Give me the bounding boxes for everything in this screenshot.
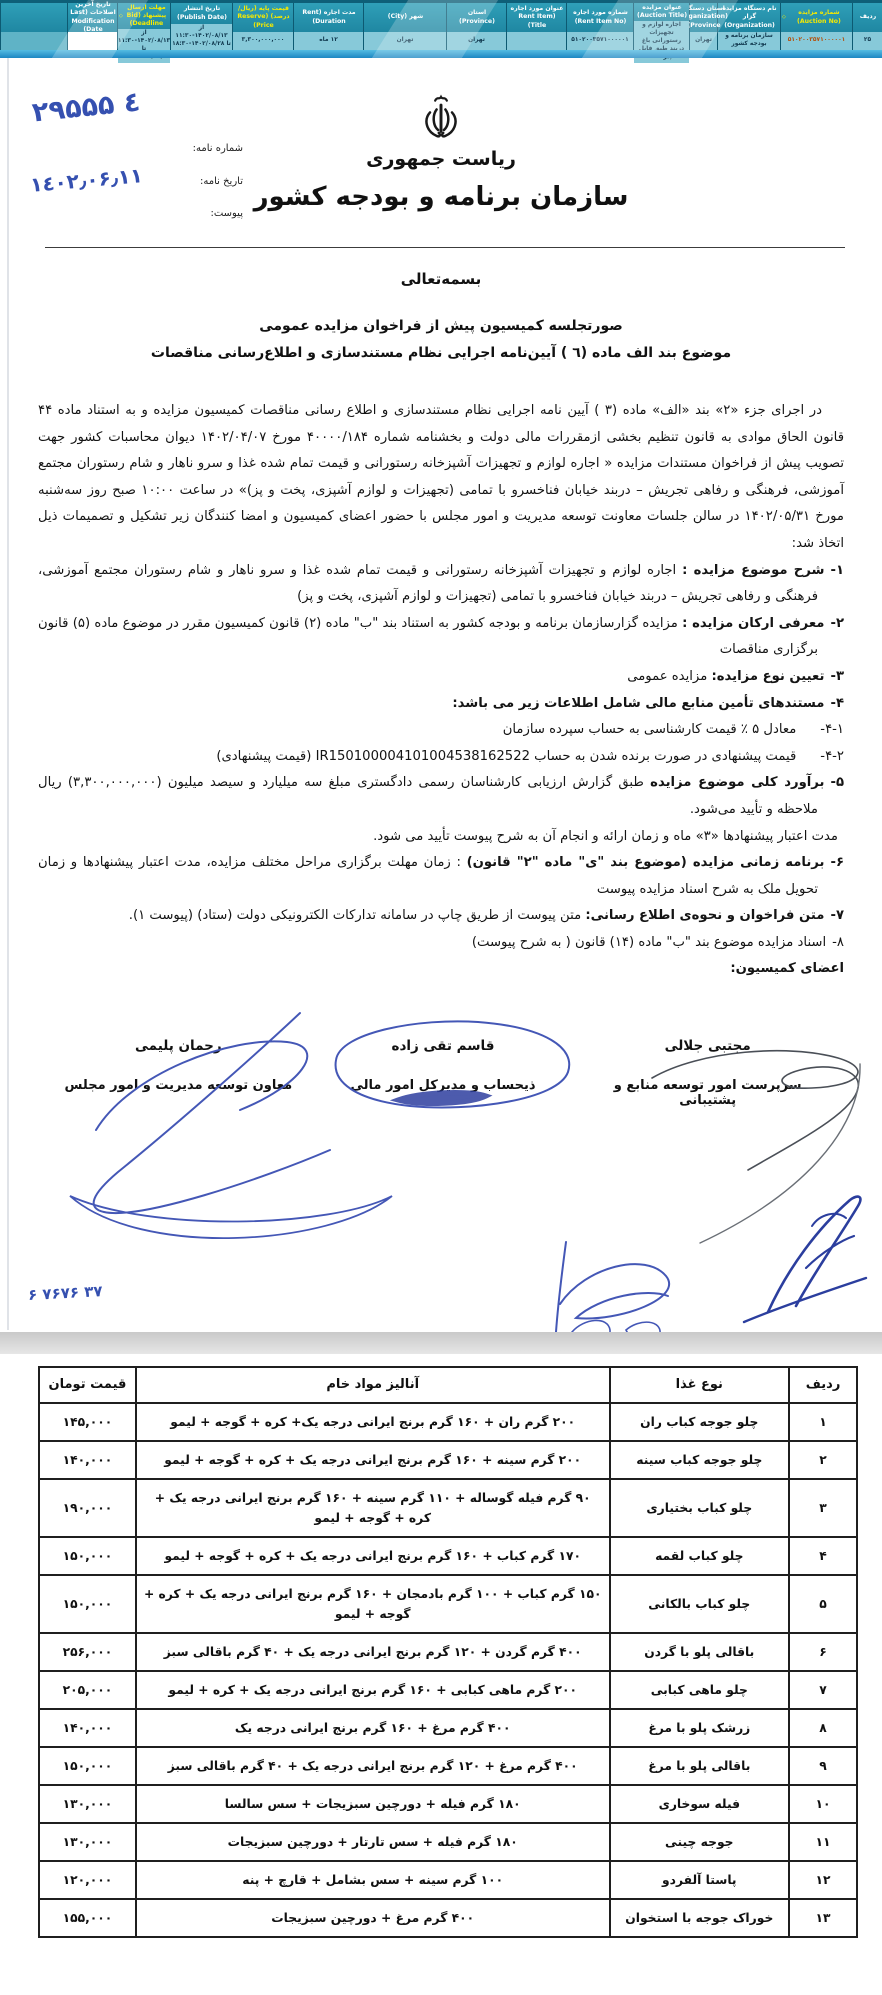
- column-header-label: تاریخ انتشار (Publish Date): [173, 5, 231, 21]
- signer-title: معاون توسعه مدیریت و امور مجلس: [46, 1078, 311, 1093]
- item-text: قیمت پیشنهادی در صورت برنده شدن به حساب …: [216, 749, 796, 764]
- cell-price: ۱۵۰,۰۰۰: [39, 1575, 136, 1633]
- signer-title: ذیحساب و مدیرکل امور مالی: [311, 1078, 576, 1093]
- cell-price: ۲۰۵,۰۰۰: [39, 1671, 136, 1709]
- listing-column: ردیف ۲۵: [852, 3, 882, 50]
- cell-food-type: پاستا آلفردو: [610, 1861, 790, 1899]
- listing-column: عنوان مزایده (Auction Title) اجاره لوازم…: [633, 3, 689, 50]
- listing-column: [0, 3, 67, 50]
- column-header-label: نام دستگاه مزایده گزار (Organization): [720, 5, 779, 29]
- item-lead: برنامه زمانی مزایده (موضوع بند "ی" ماده …: [467, 855, 825, 870]
- column-value: [1, 32, 67, 50]
- letterhead-org: سازمان برنامه و بودجه کشور: [0, 182, 882, 212]
- column-header: استان (Province): [447, 3, 506, 32]
- cell-food-type: چلو کباب بالکانی: [610, 1575, 790, 1633]
- column-value: ۳,۳۰۰,۰۰۰,۰۰۰: [233, 32, 293, 50]
- listing-column: تاریخ انتشار (Publish Date) از ۱۴۰۲/۰۸/۱…: [170, 3, 232, 50]
- column-header-label: شماره مزایده (Auction No): [787, 9, 851, 25]
- cell-price: ۱۲۰,۰۰۰: [39, 1861, 136, 1899]
- signer-name: قاسم تقی زاده: [311, 1038, 576, 1054]
- header-divider: [45, 247, 845, 248]
- table-row: ۱۱ جوجه چینی ۱۸۰ گرم فیله + سس تارتار + …: [39, 1823, 857, 1861]
- cell-analysis: ۲۰۰ گرم سینه + ۱۶۰ گرم برنج ایرانی درجه …: [136, 1441, 610, 1479]
- listing-column: شماره مورد اجاره (Rent Item No) ۵۱۰۲۰۰۳۵…: [566, 3, 633, 50]
- cell-food-type: چلو جوجه کباب سینه: [610, 1441, 790, 1479]
- item-text: معادل ۵ ٪ قیمت کارشناسی به حساب سپرده سا…: [503, 722, 797, 737]
- column-header: عنوان مورد اجاره (Rent Item Title): [507, 3, 566, 32]
- strip-bottom-bar: [0, 50, 882, 58]
- cell-row-no: ۱۰: [789, 1785, 857, 1823]
- listing-column: شهر (City) تهران: [363, 3, 446, 50]
- column-header: عنوان مزایده (Auction Title): [634, 3, 689, 21]
- column-header-label: شماره مورد اجاره (Rent Item No): [569, 9, 632, 25]
- signer-name: مجتبی جلالی: [575, 1038, 840, 1054]
- scanned-document-page: ردیف ۲۵ شماره مزایده (Auction No)◇ ۵۱۰۲۰…: [0, 0, 882, 1995]
- cell-price: ۱۵۰,۰۰۰: [39, 1537, 136, 1575]
- cell-analysis: ۱۰۰ گرم سینه + سس بشامل + قارچ + پنه: [136, 1861, 610, 1899]
- cell-row-no: ۵: [789, 1575, 857, 1633]
- cell-analysis: ۴۰۰ گرم گردن + ۱۲۰ گرم برنج ایرانی درجه …: [136, 1633, 610, 1671]
- table-row: ۴ چلو کباب لقمه ۱۷۰ گرم کباب + ۱۶۰ گرم ب…: [39, 1537, 857, 1575]
- column-header: [1, 3, 67, 32]
- item-text: مدت اعتبار پیشنهادها «۳» ماه و زمان ارائ…: [373, 829, 838, 844]
- column-value: ۱۲ ماه: [294, 32, 363, 50]
- table-row: ۶ باقالی پلو با گردن ۴۰۰ گرم گردن + ۱۲۰ …: [39, 1633, 857, 1671]
- header-price-toman: قیمت تومان: [39, 1367, 136, 1403]
- column-value: [68, 32, 117, 50]
- table-row: ۳ چلو کباب بختیاری ۹۰ گرم فیله گوساله + …: [39, 1479, 857, 1537]
- handwritten-ref-code: ۶ ۷۶۷۶ ۳۷: [28, 1282, 103, 1304]
- cell-price: ۱۳۰,۰۰۰: [39, 1823, 136, 1861]
- column-value: سازمان برنامه و بودجه کشور: [718, 32, 780, 50]
- column-header: شماره مورد اجاره (Rent Item No): [567, 3, 633, 32]
- list-item: مدت اعتبار پیشنهادها «۳» ماه و زمان ارائ…: [38, 824, 844, 851]
- signer-title: سرپرست امور توسعه منابع و پشتیبانی: [608, 1078, 808, 1108]
- cell-row-no: ۲: [789, 1441, 857, 1479]
- item-lead: متن فراخوان و نحوه‌ی اطلاع رسانی:: [585, 908, 824, 923]
- letter-body: در اجرای جزء «۲» بند «الف» ماده (۳ ) آیی…: [38, 398, 844, 983]
- column-value: ۲۵: [853, 32, 882, 50]
- item-number: ۴-: [830, 696, 844, 711]
- cell-row-no: ۹: [789, 1747, 857, 1785]
- members-heading: اعضای کمیسیون:: [38, 956, 844, 983]
- column-value: تهران: [447, 32, 506, 50]
- list-item: ۴-۲-قیمت پیشنهادی در صورت برنده شدن به ح…: [38, 744, 844, 771]
- table-row: ۱۳ خوراک جوجه با استخوان ۴۰۰ گرم مرغ + د…: [39, 1899, 857, 1937]
- cell-row-no: ۸: [789, 1709, 857, 1747]
- table-row: ۱۰ فیله سوخاری ۱۸۰ گرم فیله + دورچین سبز…: [39, 1785, 857, 1823]
- cell-analysis: ۱۸۰ گرم فیله + سس تارتار + دورچین سبزیجا…: [136, 1823, 610, 1861]
- list-item: ۱-شرح موضوع مزایده : اجاره لوازم و تجهیز…: [38, 558, 844, 611]
- listing-column: مهلت ارسال پیشنهاد (Bid (Deadline◇ از ۱۴…: [117, 3, 170, 50]
- item-text: اسناد مزایده موضوع بند "ب" ماده (۱۴) قان…: [472, 935, 826, 950]
- auction-listing-strip: ردیف ۲۵ شماره مزایده (Auction No)◇ ۵۱۰۲۰…: [0, 0, 882, 50]
- item-lead: معرفی ارکان مزایده :: [682, 616, 824, 631]
- table-row: ۵ چلو کباب بالکانی ۱۵۰ گرم کباب + ۱۰۰ گر…: [39, 1575, 857, 1633]
- listing-column: مدت اجاره (Rent (Duration ۱۲ ماه: [293, 3, 363, 50]
- item-text: مزایده عمومی: [627, 669, 711, 684]
- column-header[interactable]: شماره مزایده (Auction No)◇: [781, 3, 852, 32]
- cell-food-type: زرشک پلو با مرغ: [610, 1709, 790, 1747]
- cell-analysis: ۱۷۰ گرم کباب + ۱۶۰ گرم برنج ایرانی درجه …: [136, 1537, 610, 1575]
- cell-food-type: چلو کباب بختیاری: [610, 1479, 790, 1537]
- item-text: متن پیوست از طریق چاپ در سامانه تدارکات …: [129, 908, 586, 923]
- column-header-label: مدت اجاره (Rent (Duration: [296, 9, 362, 25]
- listing-column: عنوان مورد اجاره (Rent Item Title): [506, 3, 566, 50]
- cell-price: ۱۳۰,۰۰۰: [39, 1785, 136, 1823]
- cell-food-type: چلو کباب لقمه: [610, 1537, 790, 1575]
- header-row-no: ردیف: [789, 1367, 857, 1403]
- listing-column: قیمت پایه (ریال/درصد) (Reserve Price) ۳,…: [232, 3, 293, 50]
- document-title-line1: صورتجلسه کمیسیون پیش از فراخوان مزایده ع…: [0, 318, 882, 334]
- column-header: ردیف: [853, 3, 882, 32]
- signer-name: رحمان پلیمی: [46, 1038, 311, 1054]
- column-value: ۵۱۰۲۰۰۳۵۷۱۰۰۰۰۰۱: [567, 32, 633, 50]
- letterhead-gov: ریاست جمهوری: [0, 148, 882, 170]
- column-header: تاریخ انتشار (Publish Date): [171, 3, 232, 24]
- item-number: ۶-: [830, 855, 844, 870]
- item-number: ۲-: [830, 616, 844, 631]
- cell-food-type: باقالی پلو با گردن: [610, 1633, 790, 1671]
- list-item: ۵-برآورد کلی موضوع مزایده طبق گزارش ارزی…: [38, 770, 844, 823]
- cell-row-no: ۴: [789, 1537, 857, 1575]
- cell-analysis: ۱۸۰ گرم فیله + دورچین سبزیجات + سس سالسا: [136, 1785, 610, 1823]
- item-lead: شرح موضوع مزایده :: [682, 563, 824, 578]
- table-header-row: ردیف نوع غذا آنالیز مواد خام قیمت تومان: [39, 1367, 857, 1403]
- column-header-label: تاریخ آخرین اصلاحات (Last Modification (…: [70, 1, 116, 33]
- column-value: [507, 32, 566, 50]
- cell-analysis: ۴۰۰ گرم مرغ + دورچین سبزیجات: [136, 1899, 610, 1937]
- item-lead: برآورد کلی موضوع مزایده: [650, 775, 824, 790]
- listing-column: استان (Province) تهران: [446, 3, 506, 50]
- cell-row-no: ۱۲: [789, 1861, 857, 1899]
- table-row: ۷ چلو ماهی کبابی ۲۰۰ گرم ماهی کبابی + ۱۶…: [39, 1671, 857, 1709]
- list-item: ۶-برنامه زمانی مزایده (موضوع بند "ی" ماد…: [38, 850, 844, 903]
- item-number: ۳-: [830, 669, 844, 684]
- cell-analysis: ۴۰۰ گرم مرغ + ۱۶۰ گرم برنج ایرانی درجه ی…: [136, 1709, 610, 1747]
- cell-food-type: خوراک جوجه با استخوان: [610, 1899, 790, 1937]
- column-header-label: عنوان مورد اجاره (Rent Item Title): [509, 5, 565, 29]
- column-header: مدت اجاره (Rent (Duration: [294, 3, 363, 32]
- sort-icon: ◇: [119, 13, 123, 20]
- signature-row: مجتبی جلالی سرپرست امور توسعه منابع و پش…: [46, 1038, 840, 1138]
- list-item: ۲-معرفی ارکان مزایده : مزایده گزارسازمان…: [38, 611, 844, 664]
- cell-food-type: چلو ماهی کبابی: [610, 1671, 790, 1709]
- list-item: ۷-متن فراخوان و نحوه‌ی اطلاع رسانی: متن …: [38, 903, 844, 930]
- column-header: استان دستگاه (Organization Province): [690, 3, 717, 32]
- table-row: ۲ چلو جوجه کباب سینه ۲۰۰ گرم سینه + ۱۶۰ …: [39, 1441, 857, 1479]
- item-number: ۵-: [830, 775, 844, 790]
- cell-row-no: ۱۱: [789, 1823, 857, 1861]
- cell-price: ۱۴۵,۰۰۰: [39, 1403, 136, 1441]
- scan-seam: [0, 1332, 882, 1354]
- column-header-label: عنوان مزایده (Auction Title): [636, 4, 688, 20]
- document-title-line2: موضوع بند الف ماده (٦ ) آیین‌نامه اجرایی…: [0, 345, 882, 361]
- column-value: تهران: [364, 32, 446, 50]
- cell-food-type: فیله سوخاری: [610, 1785, 790, 1823]
- column-value: تهران: [690, 32, 717, 50]
- cell-price: ۱۴۰,۰۰۰: [39, 1709, 136, 1747]
- cell-price: ۱۹۰,۰۰۰: [39, 1479, 136, 1537]
- cell-analysis: ۴۰۰ گرم مرغ + ۱۲۰ گرم برنج ایرانی درجه ی…: [136, 1747, 610, 1785]
- item-number: ۱-: [830, 563, 844, 578]
- signature-block: قاسم تقی زاده ذیحساب و مدیرکل امور مالی: [311, 1038, 576, 1138]
- cell-price: ۲۵۶,۰۰۰: [39, 1633, 136, 1671]
- cell-food-type: چلو جوجه کباب ران: [610, 1403, 790, 1441]
- cell-food-type: جوجه چینی: [610, 1823, 790, 1861]
- scan-edge-artifact: [7, 58, 9, 1330]
- cell-row-no: ۶: [789, 1633, 857, 1671]
- cell-row-no: ۱۳: [789, 1899, 857, 1937]
- item-number: ۴-۱-: [820, 722, 844, 737]
- iran-emblem-icon: [419, 90, 463, 152]
- cell-analysis: ۱۵۰ گرم کباب + ۱۰۰ گرم بادمجان + ۱۶۰ گرم…: [136, 1575, 610, 1633]
- intro-paragraph: در اجرای جزء «۲» بند «الف» ماده (۳ ) آیی…: [38, 398, 844, 558]
- column-header-label: ردیف: [860, 13, 876, 21]
- cell-row-no: ۳: [789, 1479, 857, 1537]
- sort-icon: ◇: [782, 14, 786, 21]
- item-lead: مستندهای تأمین منابع مالی شامل اطلاعات ز…: [452, 696, 824, 711]
- cell-price: ۱۴۰,۰۰۰: [39, 1441, 136, 1479]
- cell-row-no: ۱: [789, 1403, 857, 1441]
- column-header: شهر (City): [364, 3, 446, 32]
- column-header-label: مهلت ارسال پیشنهاد (Bid (Deadline: [124, 4, 169, 28]
- signature-block: مجتبی جلالی سرپرست امور توسعه منابع و پش…: [575, 1038, 840, 1138]
- list-item: ۳-تعیین نوع مزایده: مزایده عمومی: [38, 664, 844, 691]
- item-number: ۸-: [832, 935, 844, 950]
- list-item: ۴-مستندهای تأمین منابع مالی شامل اطلاعات…: [38, 691, 844, 718]
- column-value: از ۱۴۰۲/۰۸/۱۳-۱۱:۳۰ تا ۱۴۰۲/۰۸/۲۸-۱۸:۳۰: [171, 24, 232, 50]
- header-food-type: نوع غذا: [610, 1367, 790, 1403]
- column-header[interactable]: مهلت ارسال پیشنهاد (Bid (Deadline◇: [118, 3, 170, 29]
- cell-row-no: ۷: [789, 1671, 857, 1709]
- cell-analysis: ۲۰۰ گرم ماهی کبابی + ۱۶۰ گرم برنج ایرانی…: [136, 1671, 610, 1709]
- table-row: ۹ باقالی پلو با مرغ ۴۰۰ گرم مرغ + ۱۲۰ گر…: [39, 1747, 857, 1785]
- cell-analysis: ۹۰ گرم فیله گوساله + ۱۱۰ گرم سینه + ۱۶۰ …: [136, 1479, 610, 1537]
- item-lead: تعیین نوع مزایده:: [711, 669, 824, 684]
- menu-price-table: ردیف نوع غذا آنالیز مواد خام قیمت تومان …: [38, 1366, 858, 1938]
- column-header: قیمت پایه (ریال/درصد) (Reserve Price): [233, 3, 293, 32]
- table-row: ۸ زرشک پلو با مرغ ۴۰۰ گرم مرغ + ۱۶۰ گرم …: [39, 1709, 857, 1747]
- column-header-label: شهر (City): [388, 13, 424, 21]
- cell-price: ۱۵۰,۰۰۰: [39, 1747, 136, 1785]
- cell-analysis: ۲۰۰ گرم ران + ۱۶۰ گرم برنج ایرانی درجه ی…: [136, 1403, 610, 1441]
- cell-food-type: باقالی پلو با مرغ: [610, 1747, 790, 1785]
- cell-price: ۱۵۵,۰۰۰: [39, 1899, 136, 1937]
- listing-column: شماره مزایده (Auction No)◇ ۵۱۰۲۰۰۳۵۷۱۰۰۰…: [780, 3, 852, 50]
- table-row: ۱ چلو جوجه کباب ران ۲۰۰ گرم ران + ۱۶۰ گر…: [39, 1403, 857, 1441]
- item-number: ۴-۲-: [820, 749, 844, 764]
- table-row: ۱۲ پاستا آلفردو ۱۰۰ گرم سینه + سس بشامل …: [39, 1861, 857, 1899]
- header-raw-material-analysis: آنالیز مواد خام: [136, 1367, 610, 1403]
- column-header-label: استان (Province): [449, 9, 505, 25]
- listing-column: استان دستگاه (Organization Province) تهر…: [689, 3, 717, 50]
- listing-column: تاریخ آخرین اصلاحات (Last Modification (…: [67, 3, 117, 50]
- column-value: ۵۱۰۲۰۰۳۵۷۱۰۰۰۰۰۱: [781, 32, 852, 50]
- column-header-label: قیمت پایه (ریال/درصد) (Reserve Price): [235, 5, 292, 29]
- item-number: ۷-: [830, 908, 844, 923]
- handwritten-letter-number: ۲۹۵۵۵ ٤: [31, 86, 142, 128]
- besmellah: بسمه‌تعالی: [0, 270, 882, 288]
- list-item: ۸-اسناد مزایده موضوع بند "ب" ماده (۱۴) ق…: [38, 930, 844, 957]
- column-header: تاریخ آخرین اصلاحات (Last Modification (…: [68, 3, 117, 32]
- list-item: ۴-۱-معادل ۵ ٪ قیمت کارشناسی به حساب سپرد…: [38, 717, 844, 744]
- signature-block: رحمان پلیمی معاون توسعه مدیریت و امور مج…: [46, 1038, 311, 1138]
